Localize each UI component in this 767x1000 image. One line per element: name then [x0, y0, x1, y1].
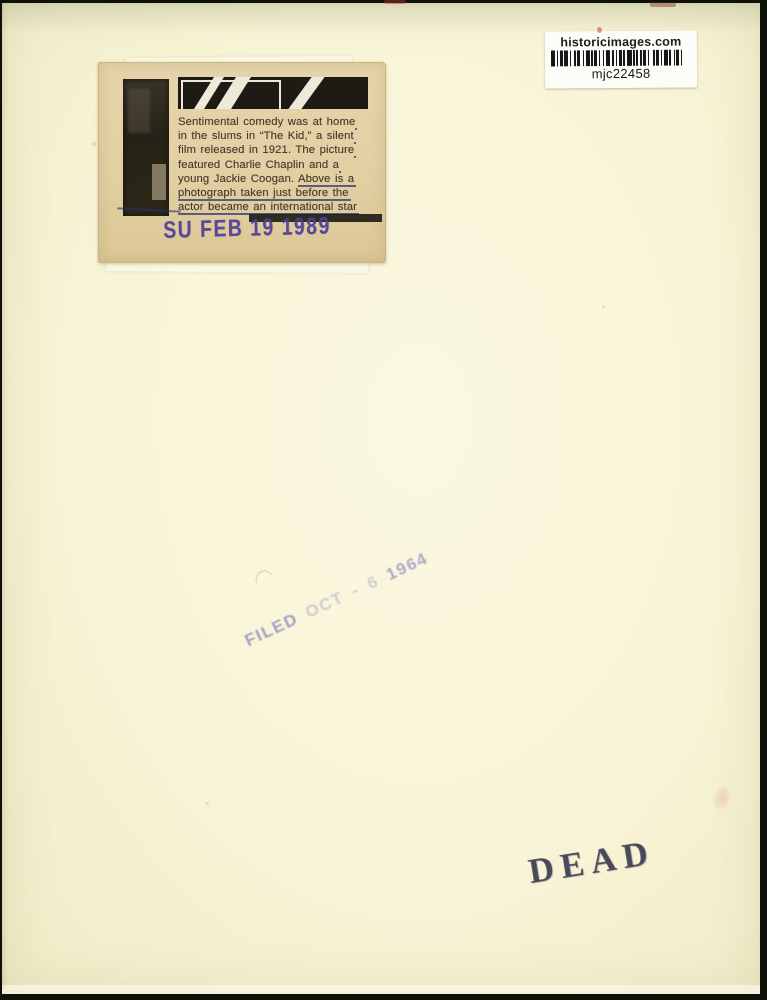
archive-barcode-label: historicimages.com mjc22458 [545, 30, 697, 88]
caption-text: Sentimental comedy was at home [178, 116, 355, 128]
clipping-photo-fragment [123, 79, 169, 216]
photo-highlight [152, 164, 166, 200]
caption-line: actor became an international star [178, 200, 373, 214]
caption-line: in the slums in “The Kid,” a silent [178, 129, 373, 143]
caption-underlined-text [354, 130, 356, 144]
foxing-dot [205, 802, 209, 805]
banner-stripe [285, 77, 327, 109]
scanner-edge-light [2, 985, 760, 994]
caption-text: in the slums in “The Kid,” a silent [178, 130, 354, 142]
caption-underlined-text [355, 116, 357, 130]
clipping-paper: Sentimental comedy was at home in the sl… [98, 62, 386, 263]
caption-underlined-text: photograph taken just before the [178, 187, 351, 201]
caption-line: photograph taken just before the [178, 186, 373, 200]
red-speck [597, 27, 602, 33]
edge-speck [384, 0, 406, 4]
label-site-text: historicimages.com [560, 35, 681, 50]
caption-line: young Jackie Coogan. Above is a [178, 172, 373, 186]
scanner-edge-shade [2, 3, 760, 33]
caption-text: young Jackie Coogan. [178, 173, 298, 185]
caption-underlined-text: Above is a [298, 173, 356, 187]
barcode-icon [551, 50, 691, 67]
photo-back-scan: historicimages.com mjc22458 Sentimental … [0, 0, 767, 1000]
caption-line: Sentimental comedy was at home [178, 115, 373, 129]
photo-texture [128, 89, 150, 133]
received-date-stamp: SU FEB 19 1989 [163, 213, 331, 245]
caption-line: film released in 1921. The picture [178, 143, 373, 157]
foxing-dot [602, 305, 605, 308]
caption-underlined-text [339, 159, 341, 173]
caption-underlined-text [354, 144, 356, 158]
foxing-dot [92, 142, 96, 146]
edge-speck [650, 2, 676, 7]
caption-text: featured Charlie Chaplin and a [178, 159, 339, 171]
label-code-text: mjc22458 [592, 66, 651, 81]
caption-text: film released in 1921. The picture [178, 144, 354, 156]
clipping-caption: Sentimental comedy was at home in the sl… [178, 115, 373, 214]
newspaper-clipping: Sentimental comedy was at home in the sl… [98, 62, 386, 263]
caption-line: featured Charlie Chaplin and a [178, 158, 373, 172]
clipping-photo-banner [178, 77, 368, 109]
